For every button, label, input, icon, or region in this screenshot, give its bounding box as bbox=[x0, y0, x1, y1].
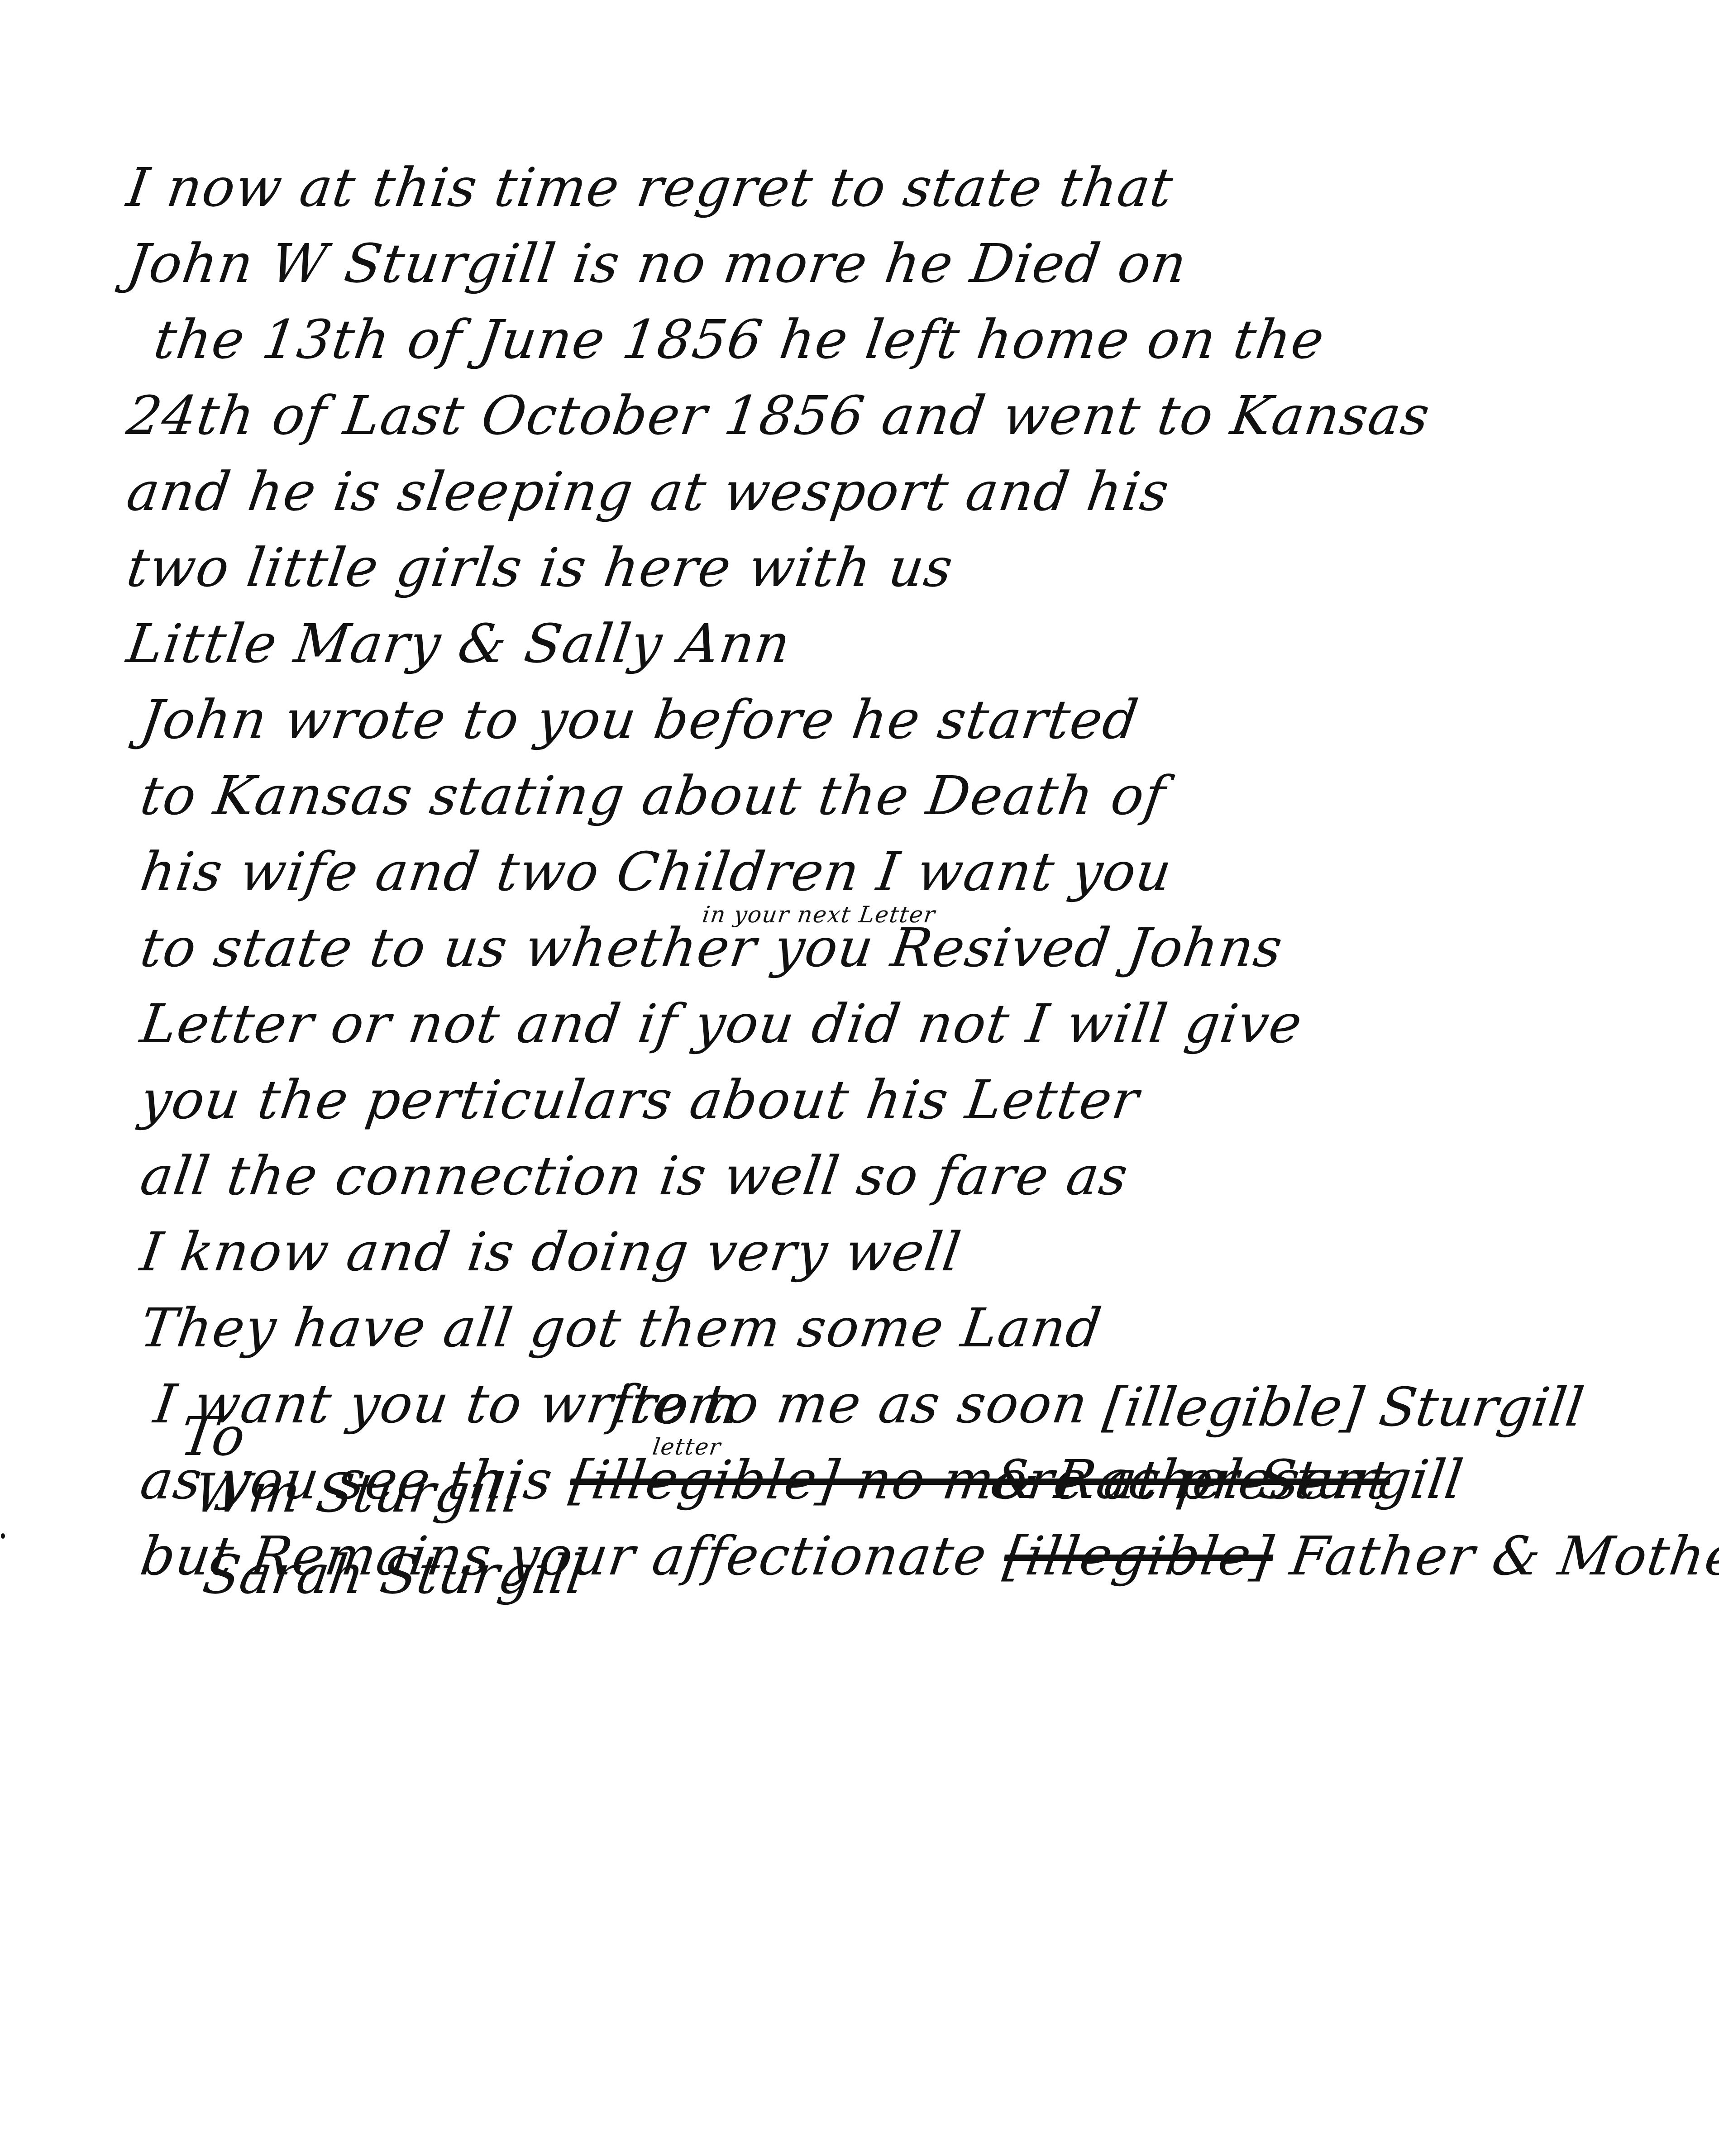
line-text: 24th of Last October 1856 and went to Ka… bbox=[123, 384, 1434, 447]
letter-line: and he is sleeping at wesport and his bbox=[122, 453, 1627, 529]
letter-line: I now at this time regret to state that bbox=[122, 149, 1627, 225]
line-text: I know and is doing very well bbox=[137, 1221, 965, 1283]
letter-line: two little girls is here with us bbox=[122, 529, 1627, 606]
letter-line: to state to us whether you Resived Johns… bbox=[122, 910, 1627, 986]
to-label: To bbox=[177, 1405, 249, 1468]
recipient-name-1: Wm Sturgill bbox=[190, 1462, 525, 1524]
letter-line: Little Mary & Sally Ann bbox=[122, 606, 1627, 682]
interlinear-insertion: letter bbox=[651, 1436, 723, 1458]
letter-line: John wrote to you before he started bbox=[122, 682, 1627, 758]
line-text: They have all got them some Land bbox=[137, 1297, 1106, 1359]
line-text: his wife and two Children I want you bbox=[137, 840, 1176, 903]
struck-text: [illegible] bbox=[1000, 1525, 1278, 1587]
from-label: from bbox=[606, 1374, 743, 1436]
letter-line: They have all got them some Land bbox=[122, 1290, 1627, 1366]
letter-line: John W Sturgill is no more he Died on bbox=[122, 225, 1627, 301]
line-text: Letter or not and if you did not I will … bbox=[137, 992, 1307, 1055]
interlinear-insertion: in your next Letter bbox=[701, 903, 937, 926]
letter-line: 24th of Last October 1856 and went to Ka… bbox=[122, 377, 1627, 453]
line-text: all the connection is well so fare as bbox=[137, 1145, 1132, 1207]
line-tail: Father & Mother bbox=[1287, 1525, 1719, 1587]
letter-line: I know and is doing very well bbox=[122, 1214, 1627, 1290]
line-text: and he is sleeping at wesport and his bbox=[123, 460, 1173, 523]
line-text: you the perticulars about his Letter bbox=[137, 1068, 1143, 1131]
scan-speck bbox=[1, 1533, 5, 1539]
letter-page: I now at this time regret to state thatJ… bbox=[0, 0, 1719, 2156]
line-text: John W Sturgill is no more he Died on bbox=[123, 232, 1191, 295]
letter-line: you the perticulars about his Letter bbox=[122, 1062, 1627, 1138]
letter-line: all the connection is well so fare as bbox=[122, 1138, 1627, 1214]
letter-line: Letter or not and if you did not I will … bbox=[122, 986, 1627, 1062]
letter-line: to Kansas stating about the Death of bbox=[122, 758, 1627, 834]
line-text: the 13th of June 1856 he left home on th… bbox=[150, 308, 1328, 371]
line-text: Little Mary & Sally Ann bbox=[123, 612, 795, 675]
line-text: I now at this time regret to state that bbox=[123, 156, 1177, 219]
line-text: John wrote to you before he started bbox=[137, 688, 1142, 751]
line-text: two little girls is here with us bbox=[123, 536, 957, 599]
letter-line: his wife and two Children I want you bbox=[122, 834, 1627, 910]
sender-signature-1: [illegible] Sturgill bbox=[1100, 1376, 1588, 1438]
sender-signature-2: & Rachel Sturgill bbox=[987, 1448, 1466, 1511]
letter-line: the 13th of June 1856 he left home on th… bbox=[122, 301, 1627, 377]
line-text: to Kansas stating about the Death of bbox=[137, 764, 1170, 827]
recipient-name-2: Sarah Sturgill bbox=[199, 1543, 588, 1606]
